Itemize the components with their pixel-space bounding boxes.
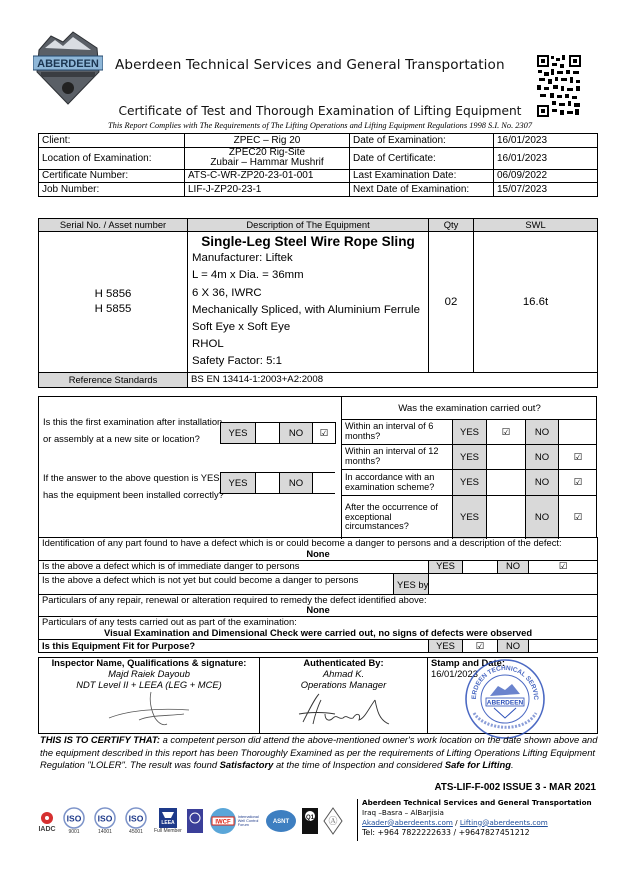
result-safe: Safe for Lifting (445, 759, 511, 770)
question-text: In accordance with an examination scheme… (342, 470, 453, 495)
future-danger-row: Is the above a defect which is not yet b… (39, 573, 598, 594)
client-label: Client: (39, 134, 185, 148)
description-line: Safety Factor: 5:1 (192, 353, 424, 370)
equipment-table: Serial No. / Asset number Description of… (38, 218, 598, 388)
equipment-title: Single-Leg Steel Wire Rope Sling (192, 234, 424, 250)
description-line: Manufacturer: Liftek (192, 250, 424, 267)
inspector-qualification: NDT Level II + LEEA (LEG + MCE) (42, 680, 256, 691)
serial-header: Serial No. / Asset number (39, 219, 188, 232)
no-label: NO (280, 473, 313, 493)
authenticated-signature-icon (289, 690, 399, 730)
svg-text:ASNT: ASNT (273, 819, 290, 825)
footer-telephone: Tel: +964 7822222633 / +9647827451212 (362, 828, 592, 839)
certify-lead: THIS IS TO CERTIFY THAT: (40, 734, 160, 745)
accreditation-logos: IADC ISO 9001 ISO 14001 ISO 45001 LEEA F… (38, 800, 343, 842)
interval-6-months-row: Within an interval of 6 months? YES ☑ NO (342, 420, 597, 445)
no-checkbox[interactable]: ☑ (529, 560, 598, 573)
repair-value: None (42, 605, 594, 616)
installed-correctly-question: If the answer to the above question is Y… (43, 469, 233, 503)
description-line: Mechanically Spliced, with Aluminium Fer… (192, 302, 424, 319)
form-reference: ATS-LIF-F-002 ISSUE 3 - MAR 2021 (434, 782, 596, 793)
fit-for-purpose-label: Is this Equipment Fit for Purpose? (39, 639, 429, 652)
swl-value: 16.6t (474, 232, 598, 373)
footer-company-name: Aberdeen Technical Services and General … (362, 798, 592, 808)
certificate-header: ABERDEEN Aberdeen Technical Services and… (0, 0, 634, 134)
serial-number: H 5855 (42, 302, 184, 317)
api-monogram-logo-icon: Ⓐ (323, 807, 343, 835)
last-examination-value: 06/09/2022 (494, 169, 598, 183)
location-value: ZPEC20 Rig-Site Zubair – Hammar Mushrif (185, 147, 350, 169)
reference-standards-label: Reference Standards (39, 373, 188, 388)
client-row: Client: ZPEC – Rig 20 Date of Examinatio… (39, 134, 598, 148)
immediate-danger-label: Is the above a defect which is of immedi… (39, 560, 429, 573)
no-checkbox[interactable] (313, 473, 335, 493)
location-label: Location of Examination: (39, 147, 185, 169)
leea-logo-icon: LEEA Full Member (154, 808, 182, 834)
iso-45001-logo-icon: ISO 45001 (123, 807, 149, 835)
no-label: NO (526, 420, 559, 444)
footer-contact: Aberdeen Technical Services and General … (362, 798, 592, 838)
company-stamp-icon: ABERDEEN TECHNICAL SERVICES ABERDEEN (464, 658, 546, 740)
svg-text:ABERDEEN: ABERDEEN (487, 700, 524, 707)
qty-value: 02 (429, 232, 474, 373)
certificate-info-table: Client: ZPEC – Rig 20 Date of Examinatio… (38, 133, 598, 197)
footer-divider (357, 799, 358, 841)
date-of-examination-label: Date of Examination: (350, 134, 494, 148)
serial-number: H 5856 (42, 287, 184, 302)
yes-checkbox[interactable] (256, 473, 280, 493)
iadc-logo-icon: IADC (38, 810, 56, 833)
reference-standards-value: BS EN 13414-1:2003+A2:2008 (188, 373, 598, 388)
job-number-value: LIF-J-ZP20-23-1 (185, 183, 350, 197)
iso-9001-logo-icon: ISO 9001 (61, 807, 87, 835)
examination-section: Is this the first examination after inst… (38, 396, 597, 538)
location-line-2: Zubair – Hammar Mushrif (188, 158, 346, 169)
fit-for-purpose-row: Is this Equipment Fit for Purpose? YES ☑… (39, 639, 598, 652)
inspector-cell: Inspector Name, Qualifications & signatu… (39, 658, 260, 734)
examination-carried-out-title: Was the examination carried out? (342, 397, 597, 420)
serial-numbers: H 5856 H 5855 (39, 232, 188, 373)
certificate-title: Certificate of Test and Thorough Examina… (110, 104, 530, 118)
yes-label: YES (453, 496, 487, 539)
no-label: NO (498, 639, 529, 652)
next-examination-label: Next Date of Examination: (350, 183, 494, 197)
no-checkbox[interactable] (529, 639, 598, 652)
tests-row: Particulars of any tests carried out as … (39, 617, 598, 640)
certificate-number-row: Certificate Number: ATS-C-WR-ZP20-23-01-… (39, 169, 598, 183)
defect-identification: Identification of any part found to have… (39, 538, 598, 561)
no-label: NO (280, 423, 313, 443)
description-header: Description of The Equipment (188, 219, 429, 232)
repair-particulars: Particulars of any repair, renewal or al… (39, 594, 598, 617)
yes-checkbox[interactable]: ☑ (463, 639, 498, 652)
authenticated-name: Ahmad K. (263, 669, 424, 680)
question-text: Within an interval of 6 months? (342, 420, 453, 444)
date-of-certificate-value: 16/01/2023 (494, 147, 598, 169)
date-of-certificate-label: Date of Certificate: (350, 147, 494, 169)
email-link-lifting[interactable]: Lifting@aberdeents.com (460, 818, 548, 827)
yes-label: YES (453, 470, 487, 495)
svg-text:IWCF: IWCF (215, 820, 231, 826)
description-line: 6 X 36, IWRC (192, 285, 424, 302)
no-label: NO (526, 445, 559, 469)
svg-text:ISO: ISO (98, 814, 113, 824)
description-line: L = 4m x Dia. = 36mm (192, 267, 424, 284)
immediate-danger-row: Is the above a defect which is of immedi… (39, 560, 598, 573)
installed-correctly-answer: YES NO (220, 472, 335, 494)
question-text: Within an interval of 12 months? (342, 445, 453, 469)
tests-particulars: Particulars of any tests carried out as … (39, 617, 598, 640)
yes-by-value[interactable] (429, 573, 598, 594)
icp-logo-icon (187, 809, 203, 833)
next-examination-value: 15/07/2023 (494, 183, 598, 197)
equipment-description: Single-Leg Steel Wire Rope Sling Manufac… (188, 232, 429, 373)
asnt-logo-icon: ASNT (265, 809, 297, 833)
yes-checkbox[interactable] (463, 560, 498, 573)
job-number-label: Job Number: (39, 183, 185, 197)
company-name: Aberdeen Technical Services and General … (115, 57, 505, 73)
svg-text:LEEA: LEEA (161, 820, 175, 826)
no-label: NO (526, 496, 559, 539)
repair-row: Particulars of any repair, renewal or al… (39, 594, 598, 617)
first-examination-answer: YES NO ☑ (220, 422, 336, 444)
defect-identification-value: None (42, 549, 594, 560)
iso-14001-logo-icon: ISO 14001 (92, 807, 118, 835)
no-label: NO (498, 560, 529, 573)
svg-text:Ⓐ: Ⓐ (328, 816, 337, 826)
date-of-examination-value: 16/01/2023 (494, 134, 598, 148)
svg-text:ISO: ISO (67, 814, 82, 824)
yes-checkbox[interactable] (487, 496, 526, 539)
authenticated-title: Operations Manager (263, 680, 424, 691)
footer-emails: Akader@aberdeents.com / Lifting@aberdeen… (362, 818, 592, 828)
swl-header: SWL (474, 219, 598, 232)
inspector-name: Majd Raiek Dayoub (42, 669, 256, 680)
no-checkbox[interactable] (559, 420, 597, 444)
inspector-signature-icon (89, 690, 209, 730)
qr-code-icon (537, 55, 581, 117)
question-text: After the occurrence of exceptional circ… (342, 496, 453, 539)
reference-standards-row: Reference Standards BS EN 13414-1:2003+A… (39, 373, 598, 388)
description-line: Soft Eye x Soft Eye (192, 319, 424, 336)
footer-address: Iraq –Basra – AlBarjisia (362, 808, 592, 818)
yes-label: YES (429, 560, 463, 573)
exceptional-circumstances-row: After the occurrence of exceptional circ… (342, 496, 597, 539)
last-examination-label: Last Examination Date: (350, 169, 494, 183)
yes-checkbox[interactable]: ☑ (487, 420, 526, 444)
location-row: Location of Examination: ZPEC20 Rig-Site… (39, 147, 598, 169)
yes-label: YES (453, 445, 487, 469)
client-value: ZPEC – Rig 20 (185, 134, 350, 148)
yes-label: YES (453, 420, 487, 444)
aberdeen-logo-icon: ABERDEEN (33, 30, 103, 106)
certificate-number-value: ATS-C-WR-ZP20-23-01-001 (185, 169, 350, 183)
yes-label: YES (429, 639, 463, 652)
svg-text:ABERDEEN: ABERDEEN (37, 58, 99, 70)
email-link-akader[interactable]: Akader@aberdeents.com (362, 818, 453, 827)
no-checkbox[interactable]: ☑ (559, 496, 597, 539)
yes-checkbox[interactable] (487, 445, 526, 469)
defect-identification-row: Identification of any part found to have… (39, 538, 598, 561)
certificate-number-label: Certificate Number: (39, 169, 185, 183)
no-checkbox[interactable]: ☑ (313, 423, 335, 443)
future-danger-label: Is the above a defect which is not yet b… (39, 573, 394, 594)
no-checkbox[interactable]: ☑ (559, 445, 597, 469)
svg-text:ISO: ISO (129, 814, 144, 824)
yes-label: YES (221, 473, 256, 493)
defects-table: Identification of any part found to have… (38, 537, 598, 653)
svg-text:Q1: Q1 (306, 815, 315, 821)
yes-checkbox[interactable] (487, 470, 526, 495)
iwcf-logo-icon: IWCF International Well Control Forum (208, 806, 260, 836)
result-satisfactory: Satisfactory (220, 759, 274, 770)
job-number-row: Job Number: LIF-J-ZP20-23-1 Next Date of… (39, 183, 598, 197)
no-label: NO (526, 470, 559, 495)
tests-value: Visual Examination and Dimensional Check… (42, 628, 594, 639)
certification-statement: THIS IS TO CERTIFY THAT: a competent per… (40, 734, 600, 772)
qty-header: Qty (429, 219, 474, 232)
yes-label: YES (221, 423, 256, 443)
authenticated-cell: Authenticated By: Ahmad K. Operations Ma… (260, 658, 428, 734)
compliance-note: This Report Complies with The Requiremen… (60, 121, 580, 130)
no-checkbox[interactable]: ☑ (559, 470, 597, 495)
interval-12-months-row: Within an interval of 12 months? YES NO … (342, 445, 597, 470)
equipment-row: H 5856 H 5855 Single-Leg Steel Wire Rope… (39, 232, 598, 373)
api-q1-logo-icon: Q1 (302, 808, 318, 834)
equipment-header-row: Serial No. / Asset number Description of… (39, 219, 598, 232)
yes-checkbox[interactable] (256, 423, 280, 443)
description-line: RHOL (192, 336, 424, 353)
yes-by-label: YES by (394, 573, 429, 594)
first-examination-question: Is this the first examination after inst… (43, 413, 233, 447)
examination-scheme-row: In accordance with an examination scheme… (342, 470, 597, 496)
